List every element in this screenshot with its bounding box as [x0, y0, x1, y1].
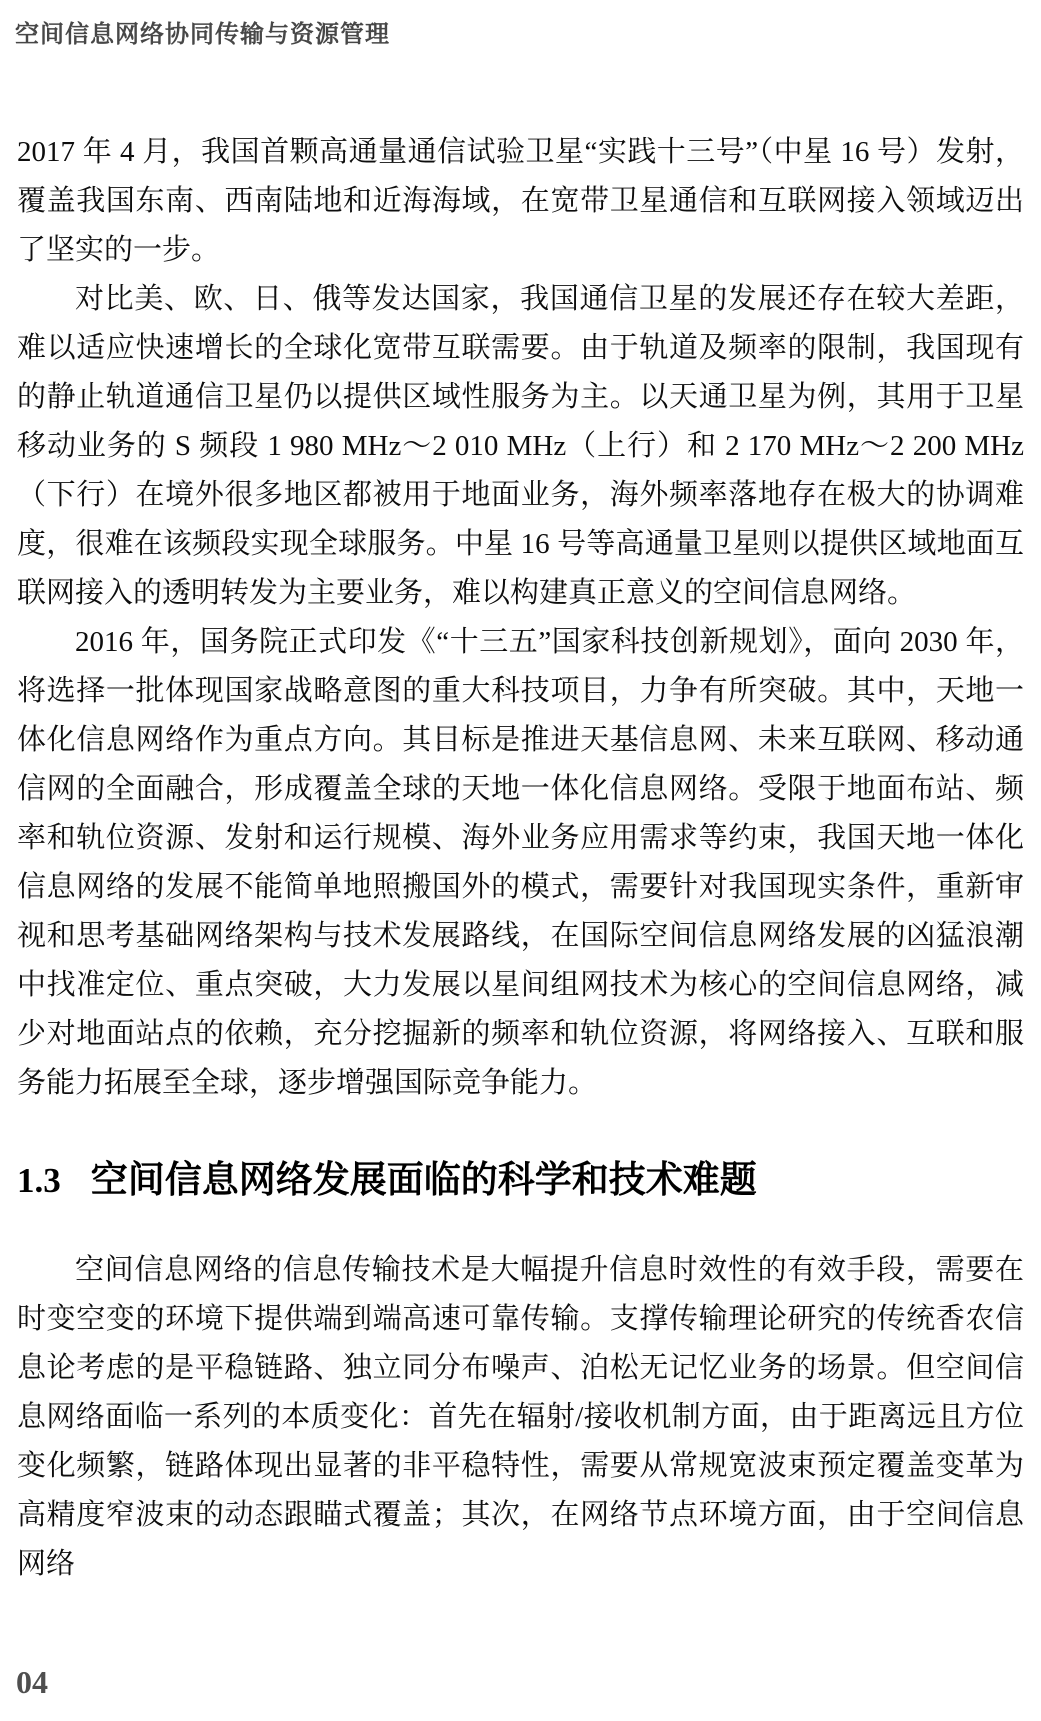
paragraph-comparison-with-other-countries: 对比美、欧、日、俄等发达国家，我国通信卫星的发展还存在较大差距，难以适应快速增长… — [17, 275, 1024, 618]
paragraph-satellite-launch: 2017 年 4 月，我国首颗高通量通信试验卫星“实践十三号”（中星 16 号）… — [17, 128, 1024, 275]
section-heading: 1.3 空间信息网络发展面临的科学和技术难题 — [17, 1158, 1024, 1202]
running-header: 空间信息网络协同传输与资源管理 — [15, 14, 390, 49]
book-page: 空间信息网络协同传输与资源管理 2017 年 4 月，我国首颗高通量通信试验卫星… — [0, 0, 1041, 1721]
paragraph-national-plan-2016: 2016 年，国务院正式印发《“十三五”国家科技创新规划》，面向 2030 年，… — [17, 618, 1024, 1108]
section-number: 1.3 — [17, 1160, 61, 1202]
page-number: 04 — [16, 1664, 48, 1701]
page-body: 2017 年 4 月，我国首颗高通量通信试验卫星“实践十三号”（中星 16 号）… — [17, 128, 1024, 1589]
paragraph-transmission-challenges: 空间信息网络的信息传输技术是大幅提升信息时效性的有效手段，需要在时变空变的环境下… — [17, 1246, 1024, 1589]
section-title: 空间信息网络发展面临的科学和技术难题 — [91, 1158, 757, 1202]
